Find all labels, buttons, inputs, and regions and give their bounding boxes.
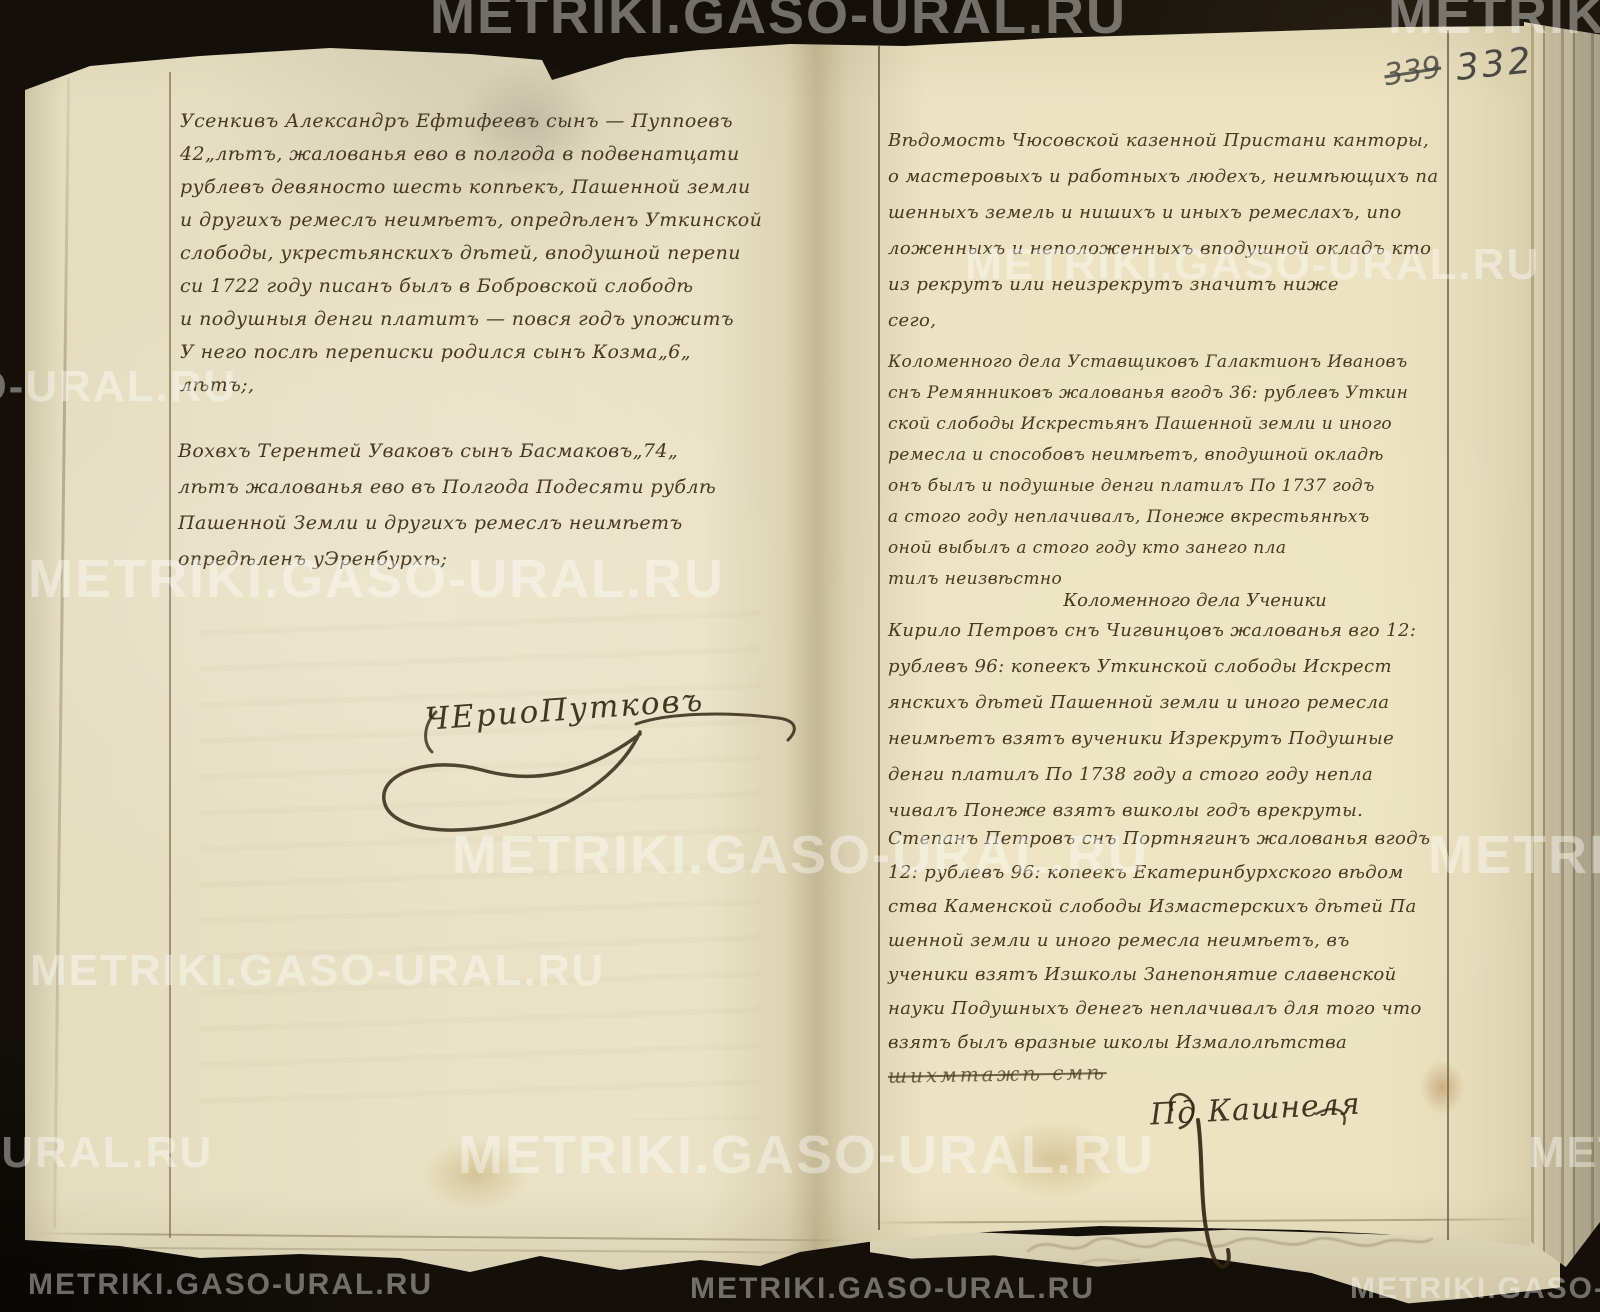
archive-watermark-text: METRIKI.GASO-URAL.RU [690, 1272, 1095, 1306]
paper-stain [990, 1120, 1120, 1200]
vedomost-header: Вѣдомость Чюсовской казенной Пристани ка… [888, 130, 1444, 346]
manuscript-line: и другихъ ремеслъ неимѣетъ, опредѣленъ У… [180, 209, 785, 242]
manuscript-line: онъ былъ и подушные денги платилъ По 173… [888, 476, 1444, 507]
manuscript-line: ремесла и способовъ неимѣетъ, вподушной … [888, 445, 1444, 476]
manuscript-line: шенныхъ земель и нишихъ и иныхъ ремеслах… [888, 202, 1444, 238]
right-page-left-margin-line [878, 46, 880, 1230]
entry-putkov: Усенкивъ Александръ Ефтифеевъ сынъ — Пуп… [180, 110, 785, 407]
entry-basmakov: Вохвхъ Терентей Уваковъ сынъ Басмаковъ„7… [178, 440, 783, 584]
subheading-ucheniki: Коломенного дела Ученики [975, 590, 1415, 611]
crossed-out-line: шихмтажѣ ємѣ [888, 1060, 1107, 1088]
manuscript-line: ученики взятъ Изшколы Занепонятие славен… [888, 964, 1444, 998]
manuscript-line: Усенкивъ Александръ Ефтифеевъ сынъ — Пуп… [180, 110, 785, 143]
manuscript-line: неимѣетъ взятъ вученики Изрекрутъ Подушн… [888, 728, 1444, 764]
paper-stain [1420, 1060, 1465, 1115]
entry-chigvintsov: Кирило Петровъ снъ Чигвинцовъ жалованья … [888, 620, 1444, 836]
paper-stain [420, 1140, 530, 1210]
manuscript-line: из рекрутъ или неизрекрутъ значитъ ниже [888, 274, 1444, 310]
manuscript-line: лѣтъ жалованья ево въ Полгода Подесяти р… [178, 476, 783, 512]
manuscript-line: опредѣленъ уЭренбурхѣ; [178, 548, 783, 584]
entry-portnyagin: Степанъ Петровъ снъ Портнягинъ жалованья… [888, 828, 1444, 1066]
manuscript-line: ства Каменской слободы Измастерскихъ дѣт… [888, 896, 1444, 930]
entry-remyannikov: Коломенного дела Уставщиковъ Галактионъ … [888, 352, 1444, 600]
manuscript-line: 42„лѣтъ, жалованья ево в полгода в подве… [180, 143, 785, 176]
archive-watermark-text: METRIKI.GASO-URAL.RU [430, 0, 1127, 46]
manuscript-line: слободы, укрестьянскихъ дѣтей, вподушной… [180, 242, 785, 275]
manuscript-line: сего, [888, 310, 1444, 346]
manuscript-scan: Усенкивъ Александръ Ефтифеевъ сынъ — Пуп… [0, 0, 1600, 1312]
manuscript-line: науки Подушныхъ денегъ неплачивалъ для т… [888, 998, 1444, 1032]
manuscript-line: Пашенной Земли и другихъ ремеслъ неимѣет… [178, 512, 783, 548]
manuscript-line: У него послѣ переписки родился сынъ Козм… [180, 341, 785, 374]
manuscript-line: 12: рублевъ 96: копеекъ Екатеринбурхског… [888, 862, 1444, 896]
manuscript-line: денги платилъ По 1738 году а стого году … [888, 764, 1444, 800]
manuscript-line: янскихъ дѣтей Пашенной земли и иного рем… [888, 692, 1444, 728]
manuscript-line: и подушныя денги платитъ — повся годъ уп… [180, 308, 785, 341]
manuscript-line: снъ Ремянниковъ жалованья вгодъ 36: рубл… [888, 383, 1444, 414]
manuscript-line: ложенныхъ и неположенныхъ вподушной окла… [888, 238, 1444, 274]
manuscript-line: шенной земли и иного ремесла неимѣетъ, в… [888, 930, 1444, 964]
right-page-right-margin-line [1447, 30, 1449, 1240]
archive-watermark-text: METRIKI.GASO-URAL.RU [28, 1268, 433, 1302]
manuscript-line: рублевъ 96: копеекъ Уткинской слободы Ис… [888, 656, 1444, 692]
manuscript-line: а стого году неплачивалъ, Понеже вкресть… [888, 507, 1444, 538]
manuscript-line: Кирило Петровъ снъ Чигвинцовъ жалованья … [888, 620, 1444, 656]
manuscript-line: Вѣдомость Чюсовской казенной Пристани ка… [888, 130, 1444, 166]
manuscript-line: Степанъ Петровъ снъ Портнягинъ жалованья… [888, 828, 1444, 862]
manuscript-line: ской слободы Искрестьянъ Пашенной земли … [888, 414, 1444, 445]
manuscript-line: оной выбылъ а стого году кто занего пла [888, 538, 1444, 569]
manuscript-line: Вохвхъ Терентей Уваковъ сынъ Басмаковъ„7… [178, 440, 783, 476]
manuscript-line: си 1722 году писанъ былъ в Бобровской сл… [180, 275, 785, 308]
page-stack-edge [1524, 22, 1600, 1272]
folio-number-current: 332 [1454, 40, 1536, 89]
manuscript-line: о мастеровыхъ и работныхъ людехъ, неимѣю… [888, 166, 1444, 202]
manuscript-line: лѣтъ;, [180, 374, 785, 407]
left-page-margin-line [169, 72, 171, 1238]
manuscript-line: взятъ былъ вразные школы Измалолѣтства [888, 1032, 1444, 1066]
manuscript-line: Коломенного дела Уставщиковъ Галактионъ … [888, 352, 1444, 383]
manuscript-line: рублевъ девяносто шесть копѣекъ, Пашенно… [180, 176, 785, 209]
